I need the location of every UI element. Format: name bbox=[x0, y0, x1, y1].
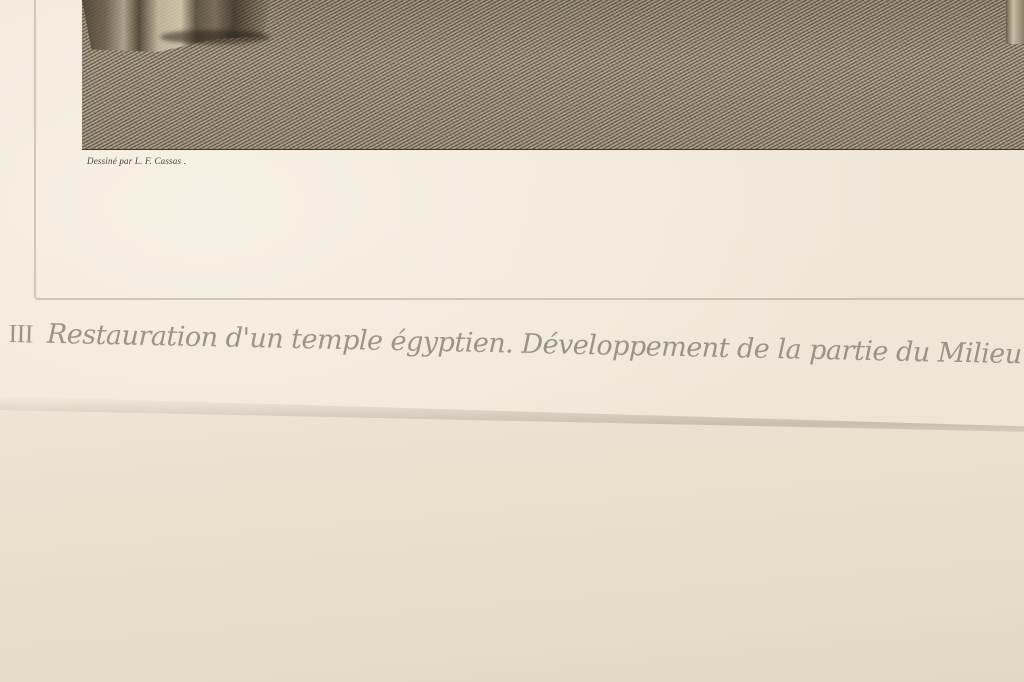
plate-number: III bbox=[8, 319, 33, 349]
lower-mat bbox=[0, 410, 1024, 682]
paper-sheet: Dessiné par L. F. Cassas . IIIRestaurati… bbox=[0, 0, 1024, 682]
artist-credit: Dessiné par L. F. Cassas . bbox=[87, 156, 186, 166]
engraved-figure-right bbox=[1006, 0, 1024, 44]
inscription-text: Restauration d'un temple égyptien. Dével… bbox=[47, 319, 1022, 370]
figure-shadow bbox=[160, 30, 270, 44]
